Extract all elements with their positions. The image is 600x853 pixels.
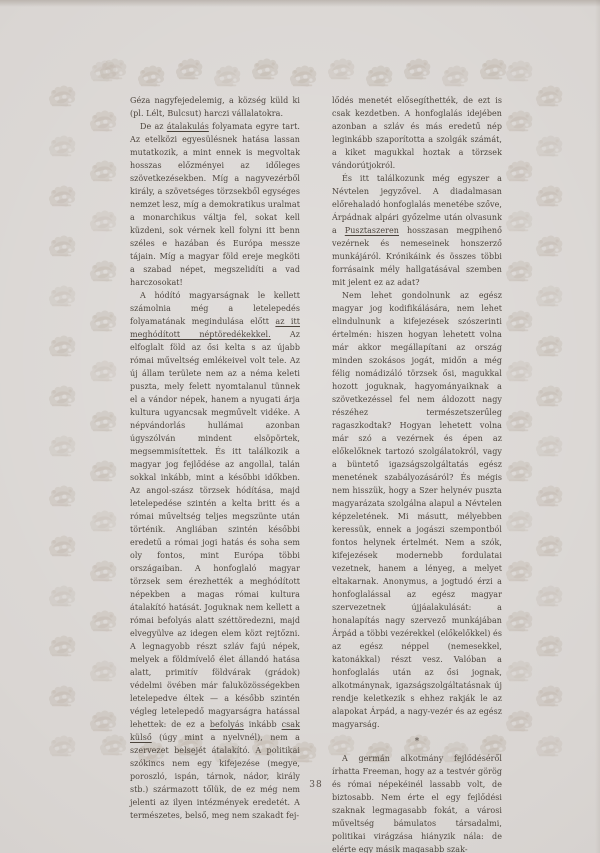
paragraph: Nem lehet gondolnunk az egész magyar jog… <box>332 289 502 731</box>
text-run: Nem lehet gondolnunk az egész magyar jog… <box>332 291 502 729</box>
book-page: Géza nagyfejedelemig, a község küld ki (… <box>0 0 600 853</box>
text-run: * <box>415 737 420 747</box>
ornament-motif <box>534 633 564 659</box>
ornament-motif <box>47 83 77 109</box>
page-text-block: Géza nagyfejedelemig, a község küld ki (… <box>130 94 502 853</box>
ornament-motif <box>88 358 118 384</box>
ornament-motif <box>504 308 534 334</box>
ornament-motif <box>534 583 564 609</box>
ornament-motif <box>98 732 128 758</box>
ornament-motif <box>88 708 118 734</box>
ornament-motif <box>212 63 242 89</box>
ornament-motif <box>504 508 534 534</box>
ornament-motif <box>88 158 118 184</box>
ornament-motif <box>47 133 77 159</box>
ornament-motif <box>534 683 564 709</box>
ornament-motif <box>504 458 534 484</box>
ornament-motif <box>288 63 318 89</box>
ornament-motif <box>534 333 564 359</box>
ornament-motif <box>534 283 564 309</box>
text-column-left: Géza nagyfejedelemig, a község küld ki (… <box>130 94 300 853</box>
ornament-motif <box>504 258 534 284</box>
ornament-motif <box>504 558 534 584</box>
ornament-motif <box>504 208 534 234</box>
ornament-motif <box>504 408 534 434</box>
ornament-motif <box>504 158 534 184</box>
ornament-motif <box>534 533 564 559</box>
ornament-motif <box>534 733 564 759</box>
text-run: Az elfoglalt föld az ősi kelta s az újab… <box>130 330 300 729</box>
section-separator: * <box>332 731 502 752</box>
ornament-motif <box>534 383 564 409</box>
ornament-motif <box>402 56 432 82</box>
ornament-motif <box>47 683 77 709</box>
ornament-motif <box>88 558 118 584</box>
text-column-right: lődés menetét elősegíthették, de ezt is … <box>332 94 502 853</box>
ornament-motif <box>88 408 118 434</box>
text-run: inkább <box>244 720 282 729</box>
ornament-motif <box>47 633 77 659</box>
text-run: hosszasan megpihenő vezérnek és nemesein… <box>332 226 502 287</box>
ornament-motif <box>364 63 394 89</box>
ornament-motif <box>534 83 564 109</box>
text-run: A germán alkotmány fejlődéséről írhatta … <box>332 754 502 853</box>
paragraph: A germán alkotmány fejlődéséről írhatta … <box>332 752 502 853</box>
ornament-motif <box>326 56 356 82</box>
ornament-motif <box>534 483 564 509</box>
ornament-motif <box>88 458 118 484</box>
ornament-motif <box>504 358 534 384</box>
text-run: folyamata egyre tart. Az etelközi egyesü… <box>130 122 300 287</box>
ornament-motif <box>47 483 77 509</box>
ornament-motif <box>47 333 77 359</box>
ornament-motif <box>534 233 564 259</box>
ornament-motif <box>440 63 470 89</box>
underlined-phrase: átalakulás <box>167 122 209 131</box>
ornament-motif <box>47 383 77 409</box>
text-run: Géza nagyfejedelemig, a község küld ki (… <box>130 96 300 118</box>
ornament-motif <box>534 433 564 459</box>
ornament-motif <box>88 108 118 134</box>
ornament-motif <box>47 583 77 609</box>
page-number: 38 <box>130 780 502 790</box>
paragraph: De az átalakulás folyamata egyre tart. A… <box>130 120 300 289</box>
text-run: De az <box>140 122 167 131</box>
ornament-motif <box>47 533 77 559</box>
ornament-motif <box>88 508 118 534</box>
ornament-motif <box>47 233 77 259</box>
ornament-motif <box>504 608 534 634</box>
text-run: (úgy mint a nyelvnél), nem a szervezet b… <box>130 733 300 820</box>
ornament-motif <box>47 433 77 459</box>
paragraph: A hódító magyarságnak le kellett számoln… <box>130 289 300 822</box>
text-run: lődés menetét elősegíthették, de ezt is … <box>332 96 502 170</box>
ornament-motif <box>534 183 564 209</box>
ornament-motif <box>88 208 118 234</box>
ornament-motif <box>504 708 534 734</box>
ornament-motif <box>88 258 118 284</box>
ornament-motif <box>47 283 77 309</box>
underlined-phrase: Pusztaszeren <box>345 226 399 235</box>
ornament-motif <box>88 658 118 684</box>
paragraph: Géza nagyfejedelemig, a község küld ki (… <box>130 94 300 120</box>
underlined-phrase: befolyás <box>210 720 244 729</box>
ornament-motif <box>136 63 166 89</box>
ornament-motif <box>174 56 204 82</box>
ornament-motif <box>250 56 280 82</box>
paragraph: lődés menetét elősegíthették, de ezt is … <box>332 94 502 172</box>
ornament-motif <box>504 658 534 684</box>
ornament-motif <box>504 58 534 84</box>
ornament-motif <box>88 308 118 334</box>
paragraph: És itt találkozunk még egyszer a Névtele… <box>332 172 502 289</box>
ornament-motif <box>88 58 118 84</box>
ornament-motif <box>47 733 77 759</box>
ornament-motif <box>88 608 118 634</box>
ornament-motif <box>534 133 564 159</box>
ornament-motif <box>47 183 77 209</box>
ornament-motif <box>504 108 534 134</box>
